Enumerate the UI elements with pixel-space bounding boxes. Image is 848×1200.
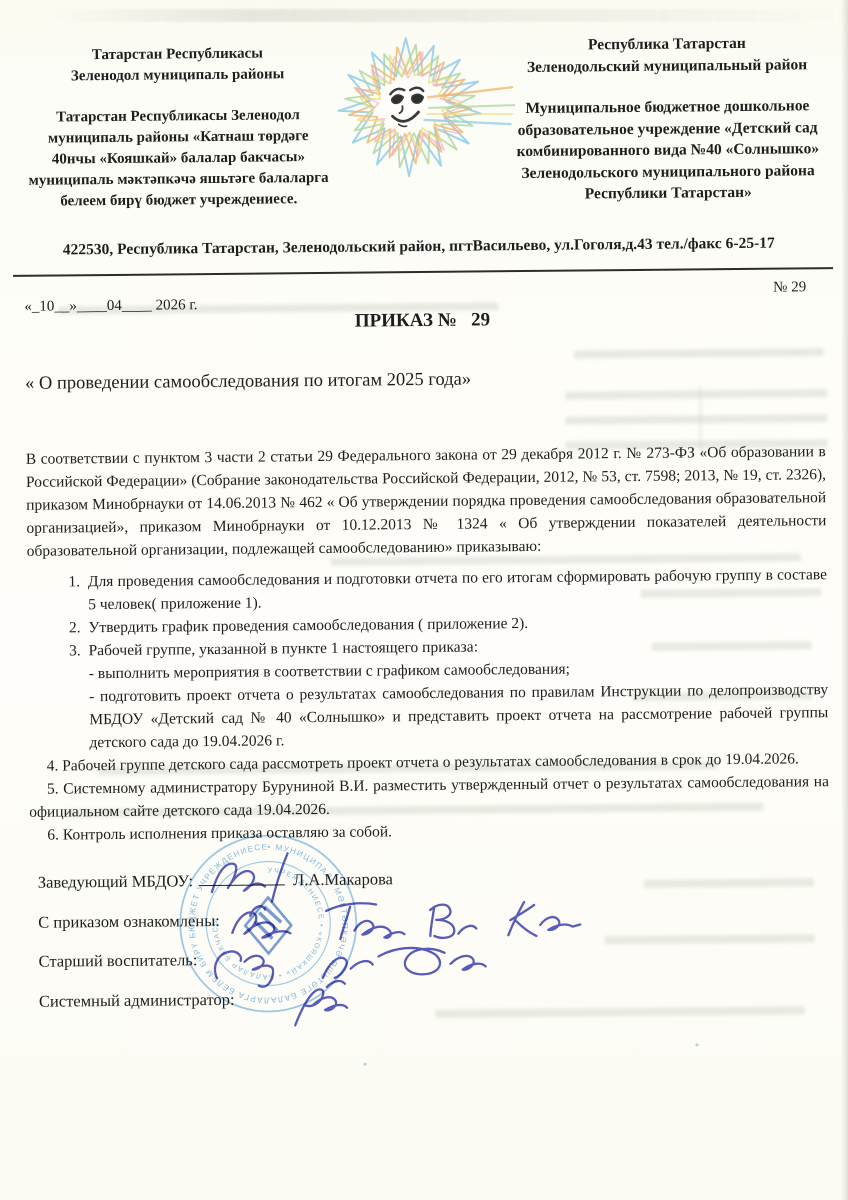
order-number: № 29 [773, 279, 806, 296]
order-body: В соответствии с пунктом 3 части 2 стать… [26, 440, 830, 847]
letterhead-divider [13, 267, 833, 277]
signature-senior-2 [322, 947, 485, 978]
signature-makarova [212, 863, 265, 892]
ink-speck [364, 1063, 367, 1066]
signature-sysadmin [295, 981, 347, 1025]
order-item-3: Рабочей группе, указанной в пункте 1 нас… [85, 632, 829, 754]
letterhead-tatar-orgname: Татарстан Республикасы Зеленодол муницип… [24, 105, 332, 213]
bleed-through-line [644, 878, 814, 888]
org-address: 422530, Республика Татарстан, Зеленодоль… [0, 234, 840, 260]
letterhead-russian-line2: Зеленодольский муниципальный район [496, 54, 838, 79]
preamble: В соответствии с пунктом 3 части 2 стать… [26, 440, 827, 563]
sun-logo [326, 31, 518, 218]
order-items: Для проведения самообследования и подгот… [27, 563, 829, 755]
order-item-1: Для проведения самообследования и подгот… [84, 563, 827, 616]
order-subject: « О проведении самообследования по итога… [25, 370, 471, 395]
letterhead-tatar-line1: Татарстан Республикасы [24, 43, 331, 67]
scanned-order-document: Татарстан Республикасы Зеленодол муницип… [0, 0, 848, 1200]
bleed-through-line [565, 389, 827, 400]
ink-speck [695, 1043, 698, 1046]
letterhead-russian-orgname: Муниципальное бюджетное дошкольное образ… [496, 95, 839, 206]
signature-senior-1 [215, 951, 273, 987]
signature-acknowledged-1 [232, 906, 290, 938]
bleed-through-line [565, 414, 827, 425]
order-item-3-sub-2: - подготовить проект отчета о результата… [89, 678, 829, 754]
handwritten-signatures [153, 824, 635, 1059]
signature-acknowledged-4 [508, 902, 580, 937]
letterhead-tatar-line2: Зеленодол муниципаль районы [24, 64, 331, 88]
order-item-5: 5. Системному администратору Буруниной В… [29, 770, 829, 824]
letterhead-russian: Республика Татарстан Зеленодольский муни… [496, 32, 840, 206]
letterhead-tatar: Татарстан Республикасы Зеленодол муницип… [24, 43, 333, 213]
signature-acknowledged-3 [430, 904, 476, 938]
signature-acknowledged-2 [326, 903, 404, 939]
bleed-through-line [604, 934, 814, 944]
bleed-through-line [574, 348, 824, 358]
